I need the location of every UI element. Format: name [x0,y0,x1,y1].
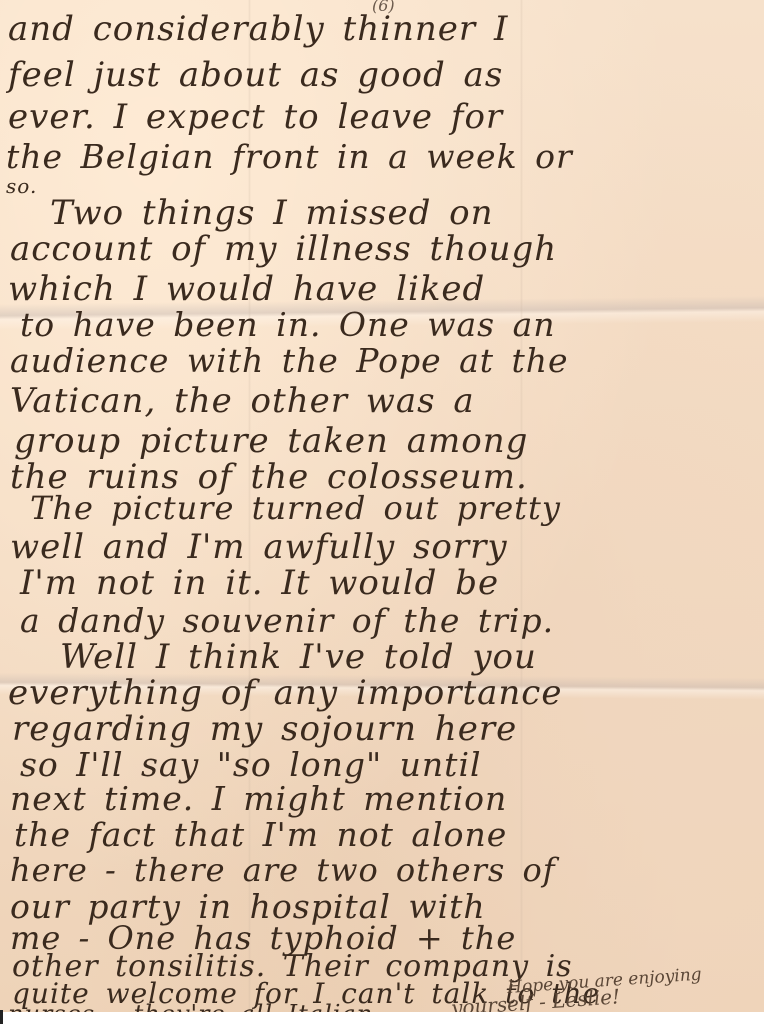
letter-line: group picture taken among [14,424,764,458]
letter-line: a dandy souvenir of the trip. [20,604,764,637]
letter-line: the Belgian front in a week or [6,140,764,173]
letter-line: and considerably thinner I [8,12,764,46]
letter-line: account of my illness though [10,232,764,266]
letter-line: Two things I missed on [50,196,764,230]
letter-line: everything of any importance [8,676,764,710]
letter-line: next time. I might mention [10,782,764,815]
letter-line: The picture turned out pretty [30,492,764,524]
letter-line: feel just about as good as [8,58,764,92]
letter-page: (6) and considerably thinner Ifeel just … [0,0,764,1012]
letter-line: the fact that I'm not alone [14,818,764,851]
scan-margin [0,1012,764,1024]
scan-edge-mark [0,1010,3,1024]
letter-line: so I'll say "so long" until [20,748,764,781]
letter-line: ever. I expect to leave for [8,100,764,134]
letter-line: Vatican, the other was a [10,384,764,418]
letter-line: here - there are two others of [10,854,764,886]
letter-line: audience with the Pope at the [10,344,764,377]
letter-line: well and I'm awfully sorry [10,530,764,564]
letter-line: I'm not in it. It would be [20,566,764,600]
letter-line: to have been in. One was an [20,308,764,341]
letter-line: regarding my sojourn here [12,712,764,746]
letter-line: Well I think I've told you [60,640,764,674]
letter-line: which I would have liked [8,272,764,306]
